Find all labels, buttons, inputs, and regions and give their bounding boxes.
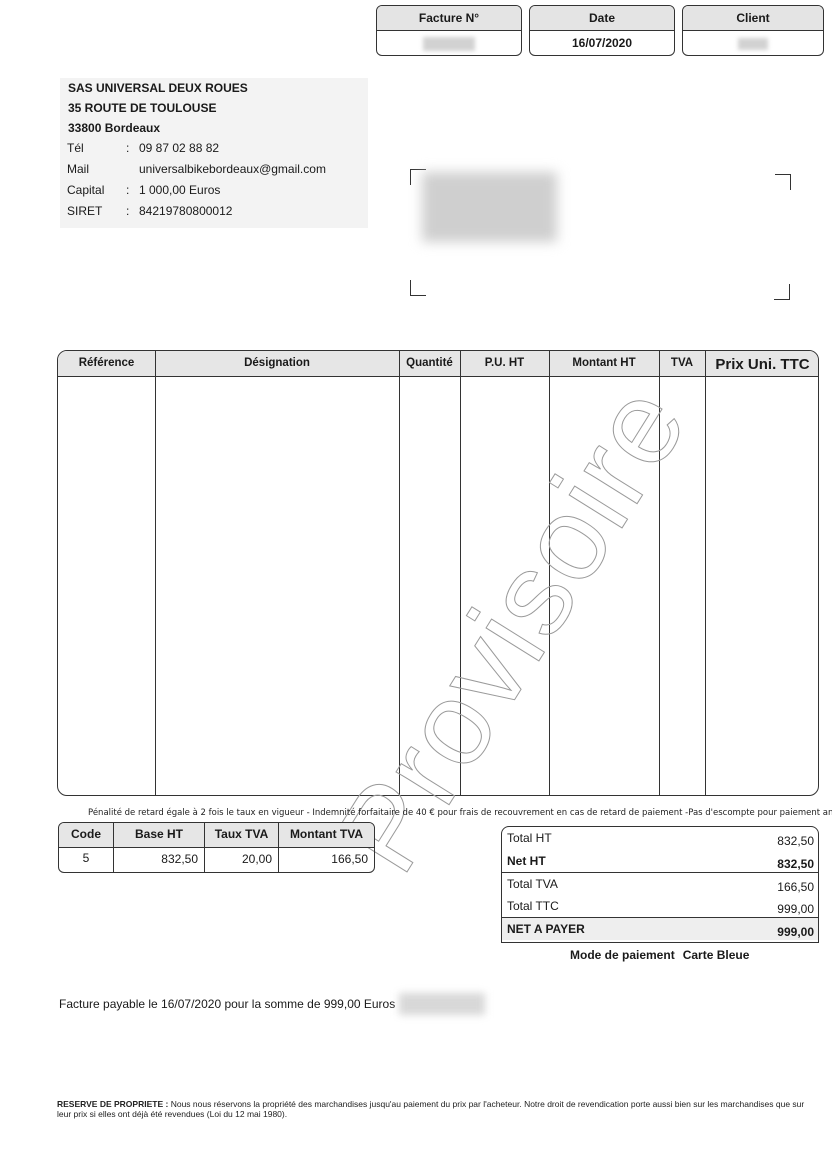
invoice-number-label: Facture N° xyxy=(377,6,521,31)
corner-top-right xyxy=(775,174,791,190)
field-sep: : xyxy=(126,138,139,159)
tva-montant: 166,50 xyxy=(278,848,374,873)
field-value: 84219780800012 xyxy=(139,201,232,222)
col-divider xyxy=(549,351,550,795)
tva-base-ht: 832,50 xyxy=(113,848,204,873)
reserve-text: Nous nous réservons la propriété des mar… xyxy=(57,1099,804,1119)
total-tva-value: 166,50 xyxy=(777,873,814,895)
reserve-title: RESERVE DE PROPRIETE : xyxy=(57,1099,168,1109)
field-value: universalbikebordeaux@gmail.com xyxy=(139,159,326,180)
field-sep xyxy=(126,159,139,180)
client-box: Client xyxy=(682,5,824,56)
client-value xyxy=(683,31,823,55)
total-ttc-value: 999,00 xyxy=(777,895,814,918)
date-box: Date 16/07/2020 xyxy=(529,5,675,56)
tva-row: 5 832,50 20,00 166,50 xyxy=(59,848,374,873)
col-montant-ht: Montant HT xyxy=(549,351,659,377)
col-divider xyxy=(399,351,400,795)
tva-code: 5 xyxy=(59,848,113,873)
field-label: SIRET xyxy=(60,201,126,222)
totals-box: Total HT 832,50 Net HT 832,50 Total TVA … xyxy=(501,826,819,943)
col-reference: Référence xyxy=(58,351,155,377)
redacted-recipient xyxy=(422,172,557,242)
col-montant-tva: Montant TVA xyxy=(278,823,374,847)
total-ht-value: 832,50 xyxy=(777,827,814,850)
company-mail: Mail universalbikebordeaux@gmail.com xyxy=(60,159,368,180)
items-table: Référence Désignation Quantité P.U. HT M… xyxy=(57,350,819,796)
col-quantite: Quantité xyxy=(399,351,460,377)
col-tva: TVA xyxy=(659,351,705,377)
payment-mode: Mode de paiementCarte Bleue xyxy=(570,948,749,962)
tva-table-header: Code Base HT Taux TVA Montant TVA xyxy=(59,823,374,848)
field-label: Mail xyxy=(60,159,126,180)
corner-bottom-right xyxy=(774,284,790,300)
items-table-header: Référence Désignation Quantité P.U. HT M… xyxy=(58,351,818,377)
total-tva-label: Total TVA xyxy=(507,873,558,895)
field-label: Capital xyxy=(60,180,126,201)
col-divider xyxy=(705,351,706,795)
net-a-payer-value: 999,00 xyxy=(777,918,814,940)
total-tva-row: Total TVA 166,50 xyxy=(502,872,818,895)
net-a-payer-label: NET A PAYER xyxy=(507,918,585,940)
net-ht-label: Net HT xyxy=(507,850,546,873)
invoice-number-value xyxy=(377,31,521,55)
total-ht-label: Total HT xyxy=(507,827,552,850)
reserve-de-propriete: RESERVE DE PROPRIETE : Nous nous réservo… xyxy=(57,1099,817,1119)
corner-bottom-left xyxy=(410,280,426,296)
col-designation: Désignation xyxy=(155,351,399,377)
field-sep: : xyxy=(126,180,139,201)
col-divider xyxy=(460,351,461,795)
col-divider xyxy=(155,351,156,795)
company-capital: Capital : 1 000,00 Euros xyxy=(60,180,368,201)
redacted-block xyxy=(399,993,485,1015)
col-base-ht: Base HT xyxy=(113,823,204,847)
col-pu-ht: P.U. HT xyxy=(460,351,549,377)
payment-mode-value: Carte Bleue xyxy=(683,948,750,962)
company-city: 33800 Bordeaux xyxy=(68,118,368,138)
col-taux-tva: Taux TVA xyxy=(204,823,278,847)
invoice-number-box: Facture N° xyxy=(376,5,522,56)
net-a-payer-row: NET A PAYER 999,00 xyxy=(502,917,818,940)
payable-line: Facture payable le 16/07/2020 pour la so… xyxy=(59,993,485,1015)
penalty-note: Pénalité de retard égale à 2 fois le tau… xyxy=(88,808,832,818)
company-phone: Tél : 09 87 02 88 82 xyxy=(60,138,368,159)
company-name: SAS UNIVERSAL DEUX ROUES xyxy=(68,78,368,98)
date-label: Date xyxy=(530,6,674,31)
col-prix-uni-ttc: Prix Uni. TTC xyxy=(705,351,819,377)
company-street: 35 ROUTE DE TOULOUSE xyxy=(68,98,368,118)
field-label: Tél xyxy=(60,138,126,159)
client-label: Client xyxy=(683,6,823,31)
redacted-block xyxy=(423,37,475,51)
total-ht-row: Total HT 832,50 xyxy=(502,827,818,850)
col-divider xyxy=(659,351,660,795)
total-ttc-row: Total TTC 999,00 xyxy=(502,895,818,918)
payable-text: Facture payable le 16/07/2020 pour la so… xyxy=(59,997,395,1011)
net-ht-value: 832,50 xyxy=(777,850,814,873)
col-code: Code xyxy=(59,823,113,847)
date-value: 16/07/2020 xyxy=(530,31,674,55)
field-value: 1 000,00 Euros xyxy=(139,180,220,201)
net-ht-row: Net HT 832,50 xyxy=(502,850,818,873)
field-value: 09 87 02 88 82 xyxy=(139,138,219,159)
redacted-block xyxy=(738,38,768,50)
tva-taux: 20,00 xyxy=(204,848,278,873)
company-info: SAS UNIVERSAL DEUX ROUES 35 ROUTE DE TOU… xyxy=(60,78,368,228)
field-sep: : xyxy=(126,201,139,222)
total-ttc-label: Total TTC xyxy=(507,895,559,918)
company-siret: SIRET : 84219780800012 xyxy=(60,201,368,222)
payment-mode-label: Mode de paiement xyxy=(570,948,675,962)
tva-table: Code Base HT Taux TVA Montant TVA 5 832,… xyxy=(58,822,375,873)
